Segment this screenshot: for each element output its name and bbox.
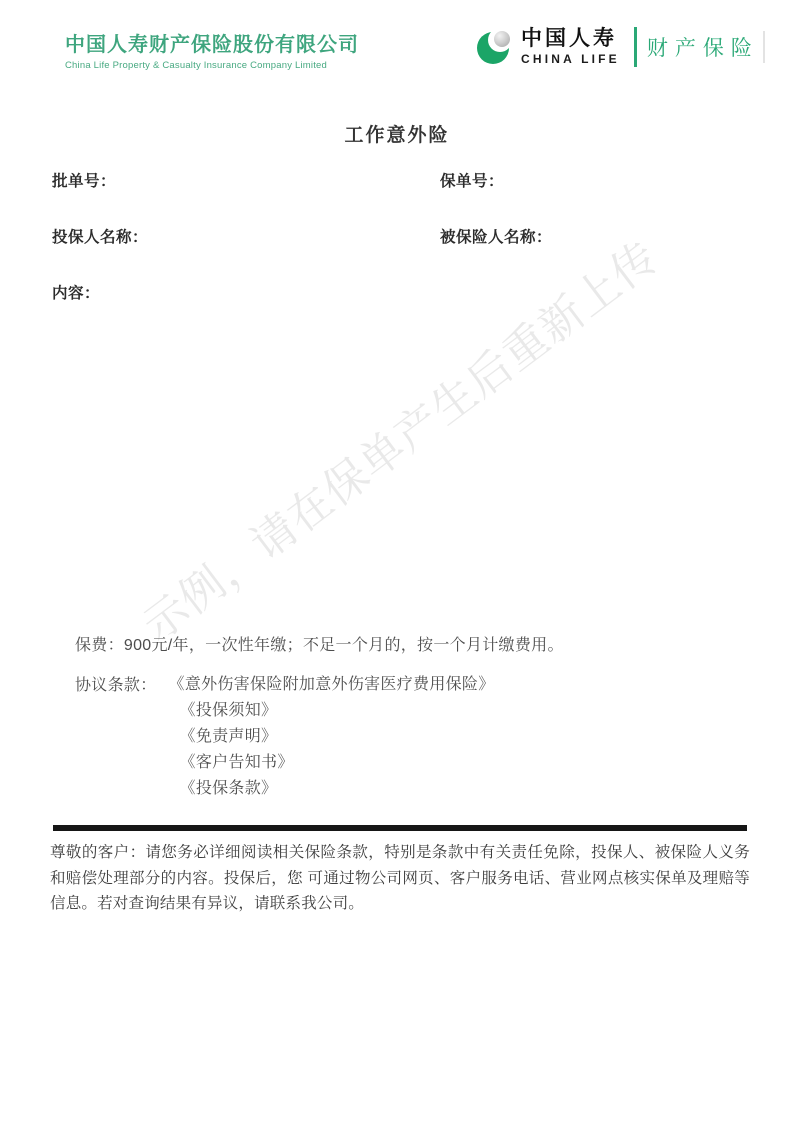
- company-wordmark: 中国人寿财产保险股份有限公司 China Life Property & Cas…: [65, 28, 359, 71]
- division-name: 财产保险: [647, 32, 759, 62]
- sample-watermark: 示例，请在保单产生后重新上传: [127, 223, 669, 653]
- logo-faint-divider: [763, 31, 765, 63]
- applicant-name-label: 投保人名称：: [52, 225, 148, 247]
- brand-name-en: CHINA LIFE: [521, 52, 620, 66]
- insurance-document-page: 示例，请在保单产生后重新上传 中国人寿财产保险股份有限公司 China Life…: [0, 0, 794, 1147]
- brand-text: 中国人寿 CHINA LIFE: [521, 28, 620, 66]
- policy-no-label: 保单号：: [440, 169, 504, 191]
- terms-list: 《意外伤害保险附加意外伤害医疗费用保险》 《投保须知》 《免责声明》 《客户告知…: [169, 672, 495, 802]
- logo-divider: [634, 27, 637, 67]
- company-name-en: China Life Property & Casualty Insurance…: [65, 60, 359, 71]
- brand-name-cn: 中国人寿: [521, 28, 620, 50]
- content-label: 内容：: [52, 281, 100, 303]
- premium-statement: 保费：900元/年，一次性年缴；不足一个月的，按一个月计缴费用。: [75, 632, 564, 655]
- term-item: 《意外伤害保险附加意外伤害医疗费用保险》: [169, 672, 495, 698]
- company-name-cn: 中国人寿财产保险股份有限公司: [65, 28, 359, 57]
- term-item: 《客户告知书》: [180, 750, 495, 776]
- brand-logo: 中国人寿 CHINA LIFE 财产保险: [476, 27, 765, 67]
- term-item: 《投保条款》: [180, 776, 495, 802]
- term-item: 《投保须知》: [180, 698, 495, 724]
- agreement-terms: 协议条款： 《意外伤害保险附加意外伤害医疗费用保险》 《投保须知》 《免责声明》…: [75, 672, 495, 802]
- insured-name-label: 被保险人名称：: [440, 225, 552, 247]
- document-title: 工作意外险: [0, 120, 794, 147]
- footer-divider-rule: [53, 825, 747, 831]
- endorsement-no-label: 批单号：: [52, 169, 116, 191]
- term-item: 《免责声明》: [180, 724, 495, 750]
- terms-label: 协议条款：: [75, 672, 157, 695]
- customer-notice: 尊敬的客户：请您务必详细阅读相关保险条款，特别是条款中有关责任免除，投保人、被保…: [50, 840, 750, 917]
- china-life-globe-icon: [476, 28, 514, 66]
